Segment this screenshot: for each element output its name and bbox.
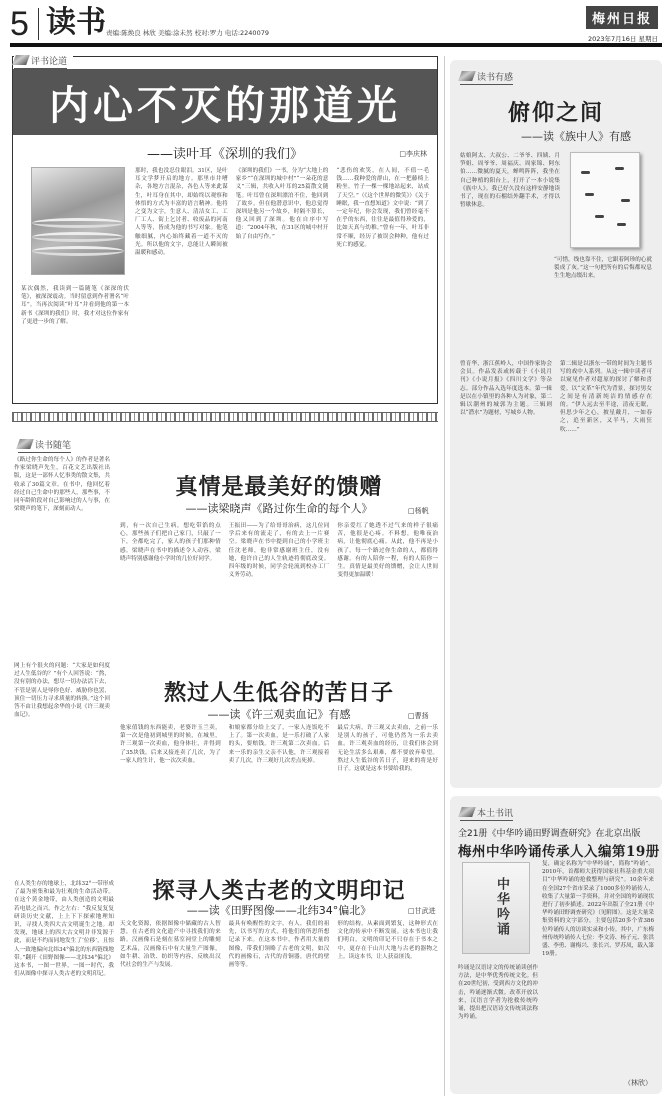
editor-credits: 责编:陈焕良 林欣 美编:涂未然 校对:罗力 电话:2240079 xyxy=(106,28,269,37)
article-byline: □李庆林 xyxy=(399,149,427,159)
article-headline: 内心不灭的那道光 xyxy=(49,74,401,131)
article-columns: 他家值钱的东西能卖，老婆许玉兰卖，第一次是他初到城里的时候，在城里，许三观第一次… xyxy=(120,724,438,844)
book-stack-icon xyxy=(458,807,476,817)
section-tag-local: 本土书讯 xyxy=(460,802,513,821)
text-column: 第二辑是以浙东一带的时间为主题书写的戏中人系列。从这一辑中读者可以窥见作者对超原… xyxy=(560,360,652,780)
news-body: 吟诵是汉语诗文的传统诵读创作方法，是中华优秀传统文化。但在20世纪初，受到西方文… xyxy=(458,964,538,1088)
article-byline: □曹扬 xyxy=(408,711,429,721)
tag-label: 读书有感 xyxy=(477,70,513,83)
news-signoff: （林欣） xyxy=(624,1078,652,1088)
text-column: 形的结构，从素面到繁复，这种形式在文化的传承中不断发展。这本书也让我们明白，文明… xyxy=(337,920,438,1094)
text-column: 天文化资源，依据图像中储藏的古人智慧，在古老的文化遗产中寻找我们的来路。汉画像石… xyxy=(120,920,221,1094)
text-column: 那时，我也没忍住眼泪。31区，是叶耳文学梦开启的地方。那里市井嘈杂，各地方言混杂… xyxy=(135,167,228,397)
text-column: 王振田——为了给哥哥治病，这几位同学后来有的流走了，有的去上一片赛空。梁晓声在书… xyxy=(229,522,330,632)
article-headline: 熬过人生低谷的苦日子 xyxy=(120,676,438,707)
text-column: 到，有一次自己生病，想吃带馅的点心，那些孩子们把自己家门，只敲了一下，全都吃完了… xyxy=(120,522,221,632)
text-column: 曾育华，浙江蕉岭人，中国作家协会会员。作品发表或转载于《小说月刊》《小说月报》《… xyxy=(460,360,552,780)
tag-label: 评书论道 xyxy=(31,54,67,67)
cover-wave xyxy=(32,218,124,228)
book-stack-icon xyxy=(16,439,34,449)
article-byline: □杨帆 xyxy=(408,506,429,516)
article-feature: 内心不灭的那道光 ——读叶耳《深圳的我们》 □李庆林 某次偶然，我读到一篇随笔《… xyxy=(12,56,438,404)
header-rule xyxy=(10,43,662,47)
book-cover-image xyxy=(31,167,125,275)
section-tag-essay: 读书随笔 xyxy=(18,434,71,453)
article-columns: 到，有一次自己生病，想吃带馅的点心，那些孩子们把自己家门，只敲了一下，全都吃完了… xyxy=(120,522,438,632)
text-column: 和娘家都分给上交了，一家人连饭吃不上了。第一次卖血，是一乐打破了人家的头，要赔钱… xyxy=(229,724,330,844)
headline-banner: 内心不灭的那道光 xyxy=(13,69,437,135)
news-headline: 梅州中华吟诵传承人入编第19册 xyxy=(458,840,660,860)
sidebar-intro: 姑娘阿太、大叔公、二爷爷、四姨、月笋姐、周爷爷、周福庆、周家锦、阿东伯……微腻的… xyxy=(460,152,560,352)
news-kicker: 全21册《中华吟诵田野调查研究》在北京出版 xyxy=(458,826,640,839)
article-intro: 某次偶然，我读到一篇随笔《深深的伏笔》，被深深震动。当时留意到作者署名“叶耳”。… xyxy=(21,285,129,397)
section-tag-reading: 读书有感 xyxy=(460,66,513,85)
article-subtitle: ——读《许三观卖血记》有感 xyxy=(120,706,438,722)
article-subtitle: ——读《田野图像——北纬34°偏北》 xyxy=(120,902,438,918)
text-column: 你亲爱红了她透不过气来的样子很痛苦，他很是心疼。不料想，他唯夜治病，让他彻底心痛… xyxy=(337,522,438,632)
text-column: 最具有唤醒性的文字。有人，我们的祖先，以书写的方式，将他们的所思所想记录下来。在… xyxy=(229,920,330,1094)
text-column: 最后大病，许三观又去卖血，之前一乐是别人的孩子，可他仍然为一乐去卖血。许三观卖血… xyxy=(337,724,438,844)
article-headline: 真情是最美好的馈赠 xyxy=(120,470,438,501)
sidebar-local-news: 本土书讯 全21册《中华吟诵田野调查研究》在北京出版 梅州中华吟诵传承人入编第1… xyxy=(450,796,662,1094)
tag-label: 本土书讯 xyxy=(477,806,513,819)
sidebar-paragraph: “可惜，线也靠不住，它跟着阿珍的心就裂成了灰。”这一句把所有的后悔都叹息生生地点… xyxy=(554,256,652,352)
section-tag-review: 评书论道 xyxy=(14,50,73,69)
article-columns: 天文化资源，依据图像中储藏的古人智慧，在古老的文化遗产中寻找我们的来路。汉画像石… xyxy=(120,920,438,1094)
article-headline: 探寻人类古老的文明印记 xyxy=(120,874,438,905)
text-column: “悲伤的欢笑，在人间，不值一毛钱……我种爱的群山，在一把藤椅上粉坐。竹子一棵一棵… xyxy=(336,167,429,397)
book-stack-icon xyxy=(12,55,30,65)
cover-wave xyxy=(32,232,124,242)
news-body: 复，确定名称为“中华吟诵”，简称“吟诵”。2010年，首都师大获得国家社科基金重… xyxy=(542,860,654,1088)
article-byline: □甘武进 xyxy=(408,906,436,916)
sidebar-book-review: 读书有感 俯仰之间 ——读《族中人》有感 姑娘阿太、大叔公、二爷爷、四姨、月笋姐… xyxy=(450,60,662,788)
book-cover-image xyxy=(570,152,640,248)
article-subtitle: ——读叶耳《深圳的我们》 xyxy=(13,143,437,162)
page-header: 5 读书 责编:陈焕良 林欣 美编:涂未然 校对:罗力 电话:2240079 梅… xyxy=(0,0,672,46)
section-title: 读书 xyxy=(46,4,106,42)
publication-date: 2023年7月16日 星期日 xyxy=(588,34,658,43)
sidebar-columns: 曾育华，浙江蕉岭人，中国作家协会会员。作品发表或转载于《小说月刊》《小说月报》《… xyxy=(460,360,652,780)
header-divider xyxy=(38,8,39,40)
newspaper-masthead: 梅州日报 xyxy=(586,6,658,29)
cover-wave xyxy=(32,246,124,256)
text-column: 他家值钱的东西能卖，老婆许玉兰卖，第一次是他初到城里的时候，在城里，许三观第一次… xyxy=(120,724,221,844)
book-cover-title: 中华吟诵 xyxy=(492,877,511,937)
sidebar-subtitle: ——读《族中人》有感 xyxy=(450,128,662,144)
article-subtitle: ——读梁晓声《路过你生命的每个人》 xyxy=(120,500,438,516)
tag-label: 读书随笔 xyxy=(35,438,71,451)
page-number: 5 xyxy=(10,6,29,42)
article-columns: 那时，我也没忍住眼泪。31区，是叶耳文学梦开启的地方。那里市井嘈杂，各地方言混杂… xyxy=(135,167,429,397)
decorative-divider xyxy=(12,412,438,422)
article-intro: 《路过你生命的每个人》的作者是著名作家梁晓声先生，百花文艺出版社出版，这是一部怀… xyxy=(14,456,110,630)
book-stack-icon xyxy=(458,71,476,81)
book-cover-image: 中华吟诵 xyxy=(462,862,530,954)
text-column: 《深圳的我们》一书，分为“大地上的家乡”“在深圳的城中村”“一朵花的意义”三辑，… xyxy=(236,167,329,397)
article-intro: 在人类生存的地球上，北纬32°一带形成了最为密集和最为壮观的生命活动带。在这个黄… xyxy=(14,880,114,1094)
article-intro: 网上有个很火的问题：“大家是如何度过人生低谷的？”有个人回答说：“熬，没有别的办… xyxy=(14,662,110,844)
column-separator xyxy=(444,56,445,1096)
sidebar-headline: 俯仰之间 xyxy=(450,96,662,127)
